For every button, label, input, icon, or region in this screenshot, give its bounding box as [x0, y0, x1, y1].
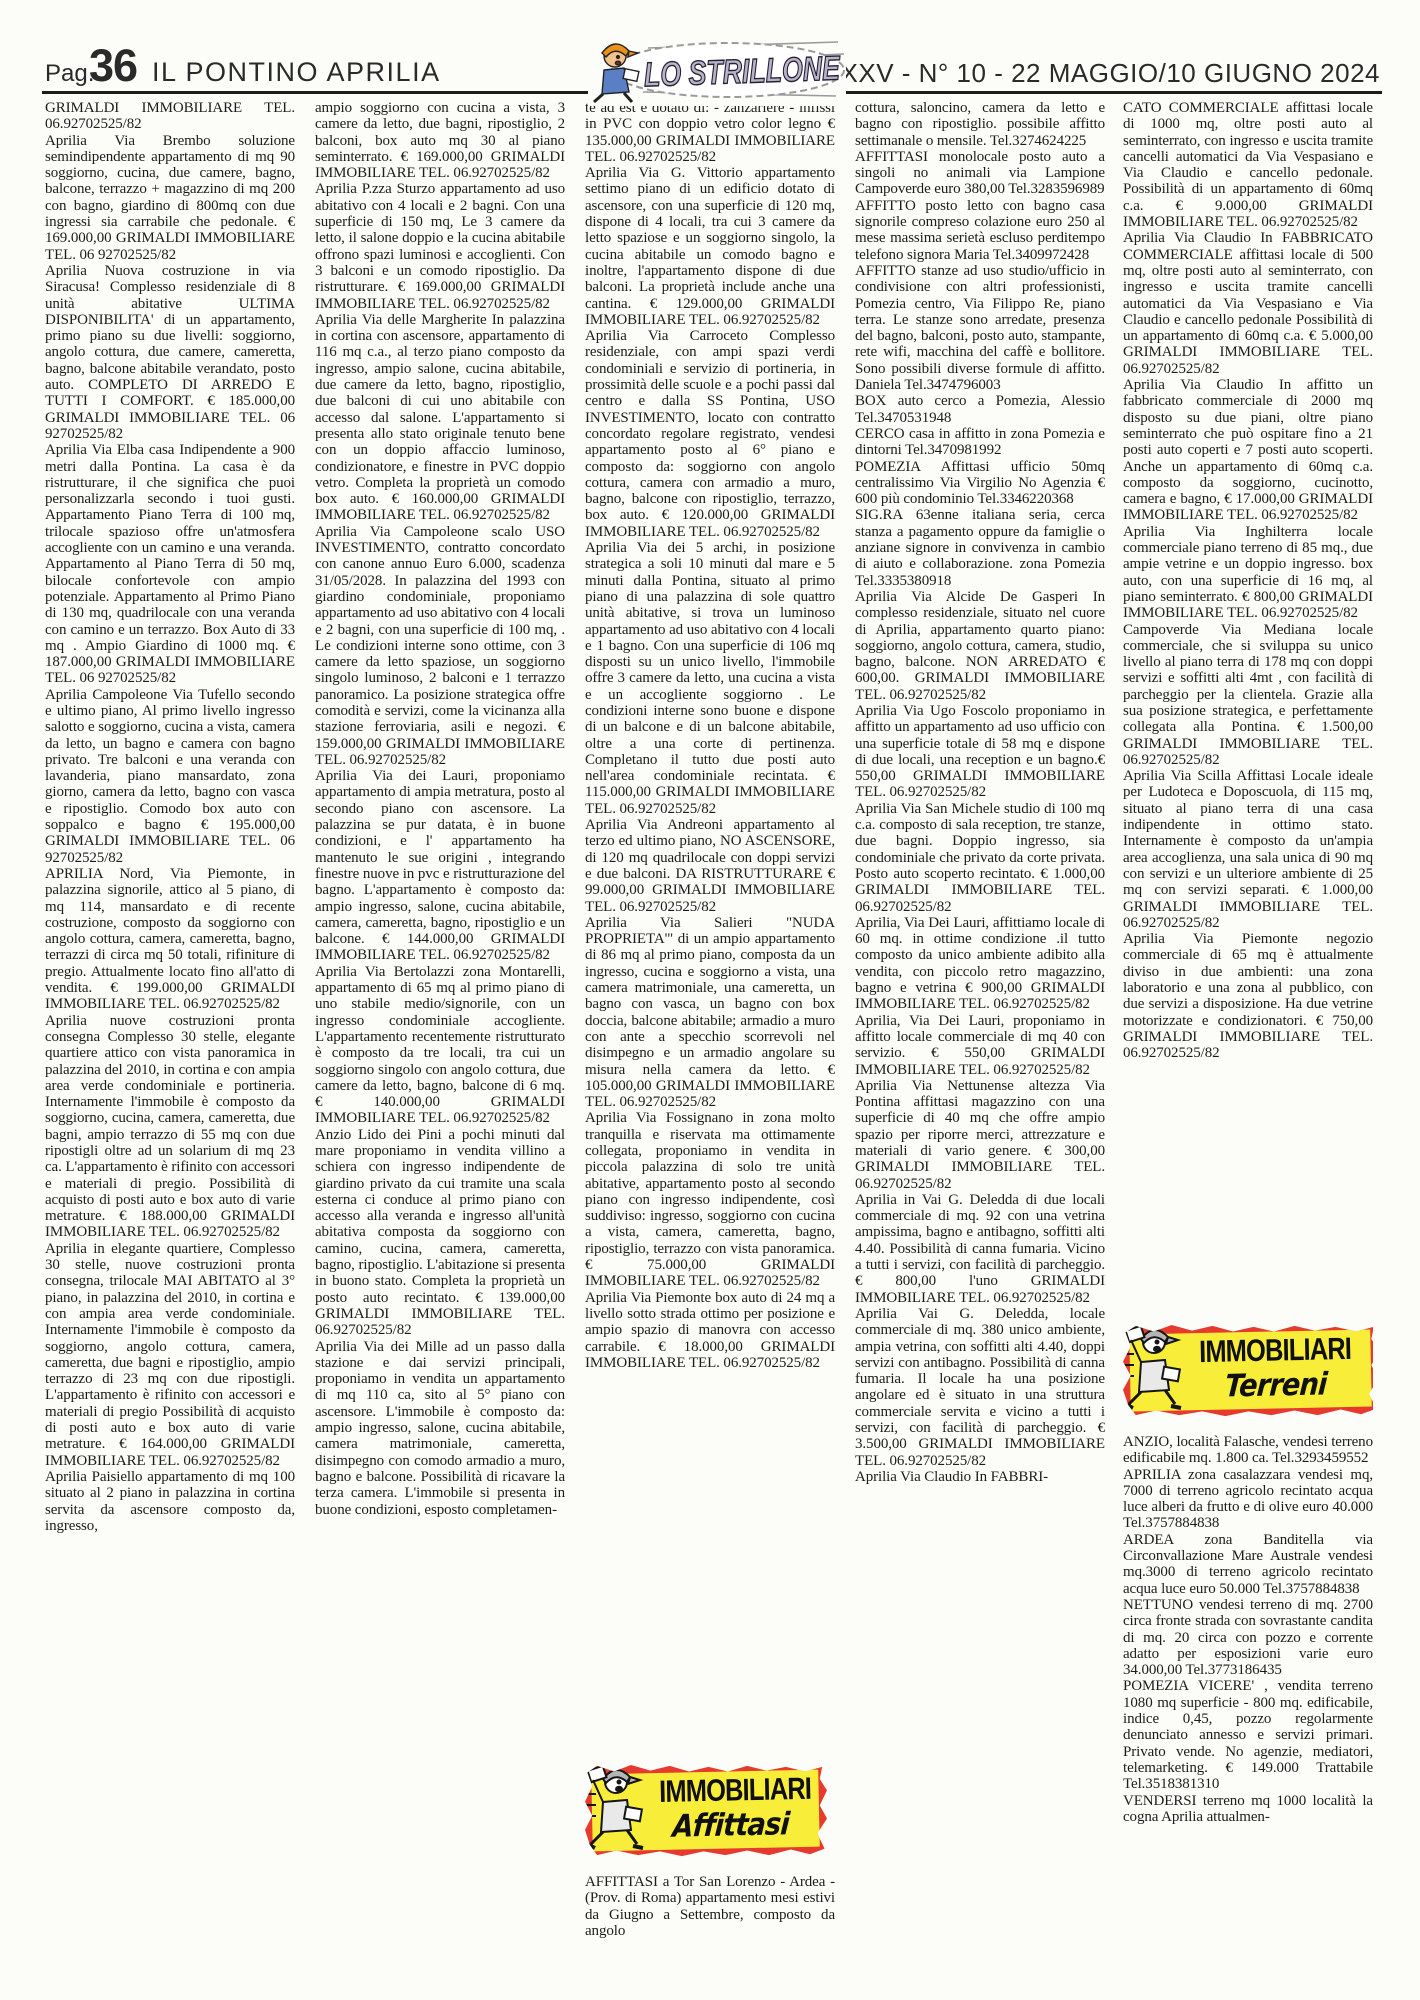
classified-ad: Anzio Lido dei Pini a pochi minuti dal m… [315, 1127, 565, 1339]
classified-ad: Aprilia Via delle Margherite In palazzin… [315, 312, 565, 524]
classified-ad: Aprilia Via Ugo Foscolo proponiamo in af… [855, 703, 1105, 801]
classified-ad: Aprilia, Via Dei Lauri, affittiamo local… [855, 915, 1105, 1013]
classified-ad: Aprilia Via Campoleone scalo USO INVESTI… [315, 524, 565, 768]
newspaper-page: Pag. 36 IL PONTINO APRILIA ANNO XXXV - N… [0, 0, 1420, 2000]
classified-ad: Aprilia Via Brembo soluzione semindipend… [45, 133, 295, 263]
classified-ad: Aprilia in Vai G. Deledda di due locali … [855, 1192, 1105, 1306]
banner-subtitle: Affittasi [653, 1806, 808, 1845]
classified-ad: Aprilia Campoleone Via Tufello secondo e… [45, 687, 295, 866]
classified-ad: Aprilia Via Claudio In FABBRI- [855, 1469, 1105, 1485]
classified-ad: Aprilia Via Salieri "NUDA PROPRIETA'" di… [585, 915, 835, 1111]
classified-ad: Aprilia Via Inghilterra locale commercia… [1123, 524, 1373, 622]
classified-ad: POMEZIA Affittasi ufficio 50mq centralis… [855, 459, 1105, 508]
classified-ad: ampio soggiorno con cucina a vista, 3 ca… [315, 100, 565, 181]
svg-text:LO STRILLONE: LO STRILLONE [643, 49, 841, 94]
classified-ad: Aprilia Paisiello appartamento di mq 100… [45, 1469, 295, 1534]
classified-ad: APRILIA Nord, Via Piemonte, in palazzina… [45, 866, 295, 1013]
classified-ad: POMEZIA VICERE' , vendita terreno 1080 m… [1123, 1678, 1373, 1792]
newspaper-name: IL PONTINO APRILIA [152, 57, 441, 88]
classified-ad: Aprilia nuove costruzioni pronta consegn… [45, 1013, 295, 1241]
classified-ad: Aprilia Via Fossignano in zona molto tra… [585, 1110, 835, 1289]
classified-ad: Aprilia Via Andreoni appartamento al ter… [585, 817, 835, 915]
classified-ad: Aprilia Via Bertolazzi zona Montarelli, … [315, 964, 565, 1127]
page-number: 36 [89, 40, 137, 92]
classified-ad: NETTUNO vendesi terreno di mq. 2700 circ… [1123, 1597, 1373, 1678]
classified-ad: APRILIA zona casalazzara vendesi mq, 700… [1123, 1467, 1373, 1532]
classified-ad: Aprilia Via Scilla Affittasi Locale idea… [1123, 768, 1373, 931]
newsboy-icon [1123, 1320, 1183, 1418]
classified-ad: ANZIO, località Falasche, vendesi terren… [1123, 1434, 1373, 1467]
header-rule-right [842, 91, 1382, 94]
classified-ad: BOX auto cerco a Pomezia, Alessio Tel.34… [855, 393, 1105, 426]
immobiliari-terreni-banner: IMMOBILIARI Terreni [1123, 1324, 1373, 1418]
classified-ad: Aprilia Via Elba casa Indipendente a 900… [45, 442, 295, 686]
classified-ad: ARDEA zona Banditella via Circonvallazio… [1123, 1532, 1373, 1597]
classified-ad: GRIMALDI IMMOBILIARE TEL. 06.92702525/82 [45, 100, 295, 133]
classified-ad: Aprilia in elegante quartiere, Complesso… [45, 1241, 295, 1469]
newsboy-icon [585, 1760, 645, 1858]
classified-ad: Aprilia Vai G. Deledda, locale commercia… [855, 1306, 1105, 1469]
banner-title: IMMOBILIARI [1198, 1332, 1352, 1369]
classified-ad: Aprilia P.zza Sturzo appartamento ad uso… [315, 181, 565, 311]
classified-ad: Aprilia Via dei Lauri, proponiamo appart… [315, 768, 565, 964]
classified-ad: Aprilia Via Claudio In affitto un fabbri… [1123, 377, 1373, 524]
classified-ad: AFFITTASI a Tor San Lorenzo - Ardea - (P… [585, 1874, 835, 1939]
classified-ad: Aprilia Via G. Vittorio appartamento set… [585, 165, 835, 328]
classified-ad: Aprilia Via Nettunense altezza Via Ponti… [855, 1078, 1105, 1192]
banner-subtitle: Terreni [1192, 1366, 1359, 1406]
classified-ad: AFFITTO posto letto con bagno casa signo… [855, 198, 1105, 263]
column-3: te ad est e dotato di: - zanzariere - in… [585, 100, 835, 1956]
lo-strillone-logo: LO STRILLONE [588, 26, 846, 106]
newsboy-logo-icon [594, 44, 639, 102]
column-2: ampio soggiorno con cucina a vista, 3 ca… [315, 100, 565, 1956]
classified-ad: Aprilia Via Piemonte box auto di 24 mq a… [585, 1290, 835, 1371]
classified-ad: Campoverde Via Mediana locale commercial… [1123, 622, 1373, 769]
column-1: GRIMALDI IMMOBILIARE TEL. 06.92702525/82… [45, 100, 295, 1956]
classified-ad: AFFITTASI monolocale posto auto a singol… [855, 149, 1105, 198]
classified-ad: SIG.RA 63enne italiana seria, cerca stan… [855, 507, 1105, 588]
classified-ad: Aprilia Via Carroceto Complesso residenz… [585, 328, 835, 540]
classified-ad: Aprilia Via dei Mille ad un passo dalla … [315, 1339, 565, 1518]
classified-ad: VENDERSI terreno mq 1000 località la cog… [1123, 1793, 1373, 1826]
classified-ad: Aprilia, Via Dei Lauri, proponiamo in af… [855, 1013, 1105, 1078]
classified-ad: CERCO casa in affitto in zona Pomezia e … [855, 426, 1105, 459]
classified-ad: Aprilia Via Alcide De Gasperi In comples… [855, 589, 1105, 703]
page-label: Pag. [45, 60, 94, 88]
classified-ad: cottura, saloncino, camera da letto e ba… [855, 100, 1105, 149]
classified-ad: Aprilia Via Claudio In FABBRICATO COMMER… [1123, 230, 1373, 377]
banner-title: IMMOBILIARI [659, 1772, 802, 1809]
classified-ad: Aprilia Via dei 5 archi, in posizione st… [585, 540, 835, 817]
classified-ad: AFFITTO stanze ad uso studio/ufficio in … [855, 263, 1105, 393]
column-4: cottura, saloncino, camera da letto e ba… [855, 100, 1105, 1956]
classified-ad: Aprilia Nuova costruzione in via Siracus… [45, 263, 295, 442]
classified-ad: te ad est e dotato di: - zanzariere - in… [585, 100, 835, 165]
classified-ad: Aprilia Via Piemonte negozio commerciale… [1123, 931, 1373, 1061]
header-rule-left [42, 91, 594, 94]
classified-ad: Aprilia Via San Michele studio di 100 mq… [855, 801, 1105, 915]
column-5: CATO COMMERCIALE affittasi locale di 100… [1123, 100, 1373, 1956]
classified-ad: CATO COMMERCIALE affittasi locale di 100… [1123, 100, 1373, 230]
immobiliari-affittasi-banner: IMMOBILIARI Affittasi [585, 1764, 827, 1858]
